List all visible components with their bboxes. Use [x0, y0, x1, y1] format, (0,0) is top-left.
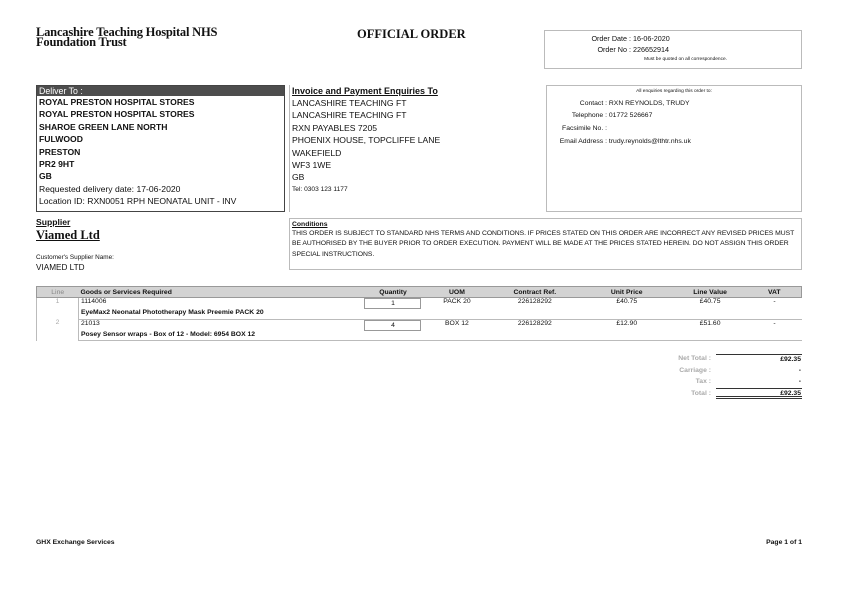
invoice-to-heading: Invoice and Payment Enquiries To [290, 85, 546, 97]
requested-delivery-date: Requested delivery date: 17-06-2020 [39, 183, 284, 195]
invoice-line: RXN PAYABLES 7205 [290, 122, 546, 134]
vat: - [748, 319, 802, 331]
order-lines-table: Line Goods or Services Required Quantity… [36, 286, 802, 341]
footer-provider: GHX Exchange Services [36, 539, 115, 546]
invoice-line: GB [290, 171, 546, 183]
quote-note: Must be quoted on all correspondence. [545, 57, 801, 62]
table-row-description: Posey Sensor wraps - Box of 12 - Model: … [37, 331, 802, 341]
contact-box: All enquiries regarding this order to: C… [546, 85, 802, 212]
carriage-row: Carriage : - [640, 365, 802, 377]
contact-row: Contact : RXN REYNOLDS, TRUDY [547, 100, 690, 107]
carriage-value: - [716, 366, 802, 375]
deliver-line: SHAROE GREEN LANE NORTH [39, 121, 284, 133]
page-number: Page 1 of 1 [766, 539, 802, 546]
order-number: 226652914 [633, 45, 669, 54]
invoice-to-address: LANCASHIRE TEACHING FT LANCASHIRE TEACHI… [290, 97, 546, 196]
net-total-value: £92.35 [716, 354, 802, 363]
supplier-label: Supplier [36, 217, 70, 227]
item-description: EyeMax2 Neonatal Phototherapy Mask Preem… [78, 309, 801, 319]
deliver-to-heading: Deliver To : [37, 86, 284, 96]
col-uom: UOM [425, 287, 489, 298]
customer-supplier-name: VIAMED LTD [36, 263, 85, 272]
table-row: 2 21013 4 BOX 12 226128292 £12.90 £51.60… [37, 319, 802, 331]
supplier-name: Viamed Ltd [36, 228, 100, 243]
unit-price: £40.75 [581, 298, 673, 310]
uom: BOX 12 [425, 319, 489, 331]
email-address[interactable]: trudy.reynolds@lthtr.nhs.uk [609, 138, 691, 145]
quantity-cell: 1 [361, 298, 425, 310]
totals-block: Net Total : £92.35 Carriage : - Tax : - … [640, 353, 802, 399]
order-no-row: Order No : 226652914 [571, 45, 669, 54]
telephone-row: Telephone : 01772 526667 [547, 112, 652, 119]
line-number: 2 [37, 319, 79, 341]
col-unit-price: Unit Price [581, 287, 673, 298]
invoice-line: LANCASHIRE TEACHING FT [290, 109, 546, 121]
contact-heading: All enquiries regarding this order to: [547, 89, 801, 94]
table-row-description: EyeMax2 Neonatal Phototherapy Mask Preem… [37, 309, 802, 319]
location-id: Location ID: RXN0051 RPH NEONATAL UNIT -… [39, 195, 284, 207]
invoice-tel: Tel: 0303 123 1177 [290, 184, 546, 196]
order-date: 16-06-2020 [633, 34, 670, 43]
contract-ref: 226128292 [489, 298, 581, 310]
invoice-to-box: Invoice and Payment Enquiries To LANCASH… [289, 85, 546, 212]
col-contract-ref: Contract Ref. [489, 287, 581, 298]
deliver-line: PR2 9HT [39, 158, 284, 170]
net-total-row: Net Total : £92.35 [640, 353, 802, 365]
col-goods: Goods or Services Required [78, 287, 361, 298]
contract-ref: 226128292 [489, 319, 581, 331]
col-quantity: Quantity [361, 287, 425, 298]
uom: PACK 20 [425, 298, 489, 310]
vat: - [748, 298, 802, 310]
deliver-to-box: Deliver To : ROYAL PRESTON HOSPITAL STOR… [36, 85, 285, 212]
conditions-box: Conditions THIS ORDER IS SUBJECT TO STAN… [289, 218, 802, 270]
organisation-name: Lancashire Teaching Hospital NHS Foundat… [36, 27, 296, 47]
deliver-line: ROYAL PRESTON HOSPITAL STORES [39, 108, 284, 120]
line-number: 1 [37, 298, 79, 320]
grand-total-row: Total : £92.35 [640, 388, 802, 400]
conditions-heading: Conditions [292, 220, 799, 229]
col-vat: VAT [748, 287, 802, 298]
col-line: Line [37, 287, 79, 298]
quantity-cell: 4 [361, 319, 425, 331]
invoice-line: LANCASHIRE TEACHING FT [290, 97, 546, 109]
contact-name: RXN REYNOLDS, TRUDY [609, 100, 690, 107]
telephone-number: 01772 526667 [609, 112, 652, 119]
col-line-value: Line Value [673, 287, 748, 298]
item-description: Posey Sensor wraps - Box of 12 - Model: … [78, 331, 801, 341]
deliver-line: FULWOOD [39, 133, 284, 145]
document-title: OFFICIAL ORDER [357, 27, 466, 42]
deliver-to-address: ROYAL PRESTON HOSPITAL STORES ROYAL PRES… [37, 96, 284, 208]
grand-total-value: £92.35 [716, 388, 802, 399]
order-date-row: Order Date : 16-06-2020 [571, 34, 670, 43]
item-code: 21013 [78, 319, 361, 331]
deliver-line: PRESTON [39, 146, 284, 158]
line-value: £51.60 [673, 319, 748, 331]
deliver-line: ROYAL PRESTON HOSPITAL STORES [39, 96, 284, 108]
conditions-text: THIS ORDER IS SUBJECT TO STANDARD NHS TE… [292, 229, 799, 260]
quantity-value: 1 [364, 298, 421, 309]
facsimile-row: Facsimile No. : [547, 125, 607, 132]
item-code: 1114006 [78, 298, 361, 310]
unit-price: £12.90 [581, 319, 673, 331]
order-info-box: Order Date : 16-06-2020 Order No : 22665… [544, 30, 802, 69]
quantity-value: 4 [364, 320, 421, 331]
tax-value: - [716, 377, 802, 386]
invoice-line: WAKEFIELD [290, 147, 546, 159]
deliver-line: GB [39, 170, 284, 182]
invoice-line: PHOENIX HOUSE, TOPCLIFFE LANE [290, 134, 546, 146]
table-row: 1 1114006 1 PACK 20 226128292 £40.75 £40… [37, 298, 802, 310]
tax-row: Tax : - [640, 376, 802, 388]
customer-supplier-label: Customer's Supplier Name: [36, 254, 114, 261]
invoice-line: WF3 1WE [290, 159, 546, 171]
email-row: Email Address : trudy.reynolds@lthtr.nhs… [547, 138, 691, 145]
table-header-row: Line Goods or Services Required Quantity… [37, 287, 802, 298]
line-value: £40.75 [673, 298, 748, 310]
